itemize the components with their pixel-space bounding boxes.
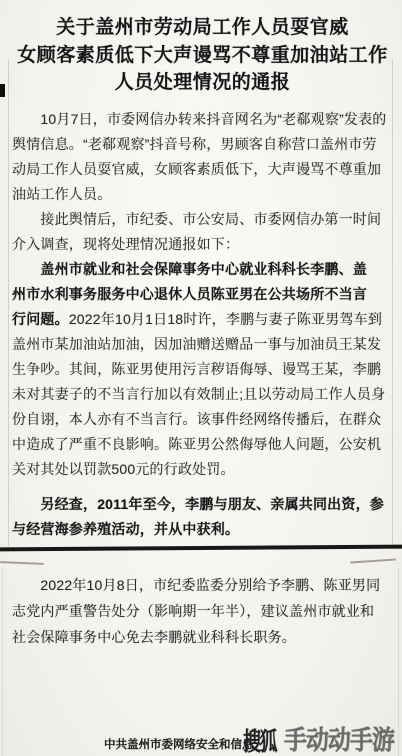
page2-edge-left bbox=[2, 568, 3, 756]
page-edge-left bbox=[8, 60, 9, 546]
paragraph-5: 2022年10月8日，市纪委监委分别给予李鹏、陈亚男同 志党内严重警告处分（影响… bbox=[12, 572, 380, 650]
notice-page-1: 关于盖州市劳动局工作人员耍官威 女顾客素质低下大声谩骂不尊重加油站工作 人员处理… bbox=[12, 12, 393, 542]
paragraph-3: 盖州市就业和社会保障事务中心就业科科长李鹏、盖 州市水利事务服务中心退休人员陈亚… bbox=[12, 257, 393, 482]
paragraph-2: 接此舆情后，市纪委、市公安局、市委网信办第一时间 介入调查，现将处理情况通报如下… bbox=[12, 207, 393, 257]
page-break-line bbox=[0, 545, 402, 552]
title-line-2: 女顾客素质低下大声谩骂不尊重加油站工作 bbox=[17, 45, 388, 66]
title-line-3: 人员处理情况的通报 bbox=[115, 72, 291, 93]
title-line-1: 关于盖州市劳动局工作人员耍官威 bbox=[56, 17, 349, 38]
page2-top-edge-right bbox=[350, 558, 396, 563]
notice-document-photo: 关于盖州市劳动局工作人员耍官威 女顾客素质低下大声谩骂不尊重加油站工作 人员处理… bbox=[0, 0, 402, 756]
issuer-signature: 中共盖州市委网络安全和信息 bbox=[104, 736, 254, 752]
page2-top-edge-left bbox=[0, 561, 44, 565]
notice-title: 关于盖州市劳动局工作人员耍官威 女顾客素质低下大声谩骂不尊重加油站工作 人员处理… bbox=[12, 14, 393, 97]
sohu-watermark: 搜狐 bbox=[243, 722, 276, 756]
paragraph-3-details: 2022年10月1日18时许，李鹏与妻子陈亚男驾车到 盖州市某加油站加油，因加油… bbox=[12, 311, 385, 477]
paragraph-4: 另经查，2011年至今，李鹏与朋友、亲属共同出资，参 与经营海参养殖活动，并从中… bbox=[12, 492, 393, 542]
scan-artifact-mark bbox=[0, 84, 5, 97]
game-site-watermark: 手动动手游 bbox=[284, 720, 394, 756]
page2-edge-right bbox=[398, 568, 399, 756]
paragraph-1: 10月7日，市委网信办转来抖音网名为“老郗观察”发表的 舆情信息。“老郗观察”抖… bbox=[12, 107, 393, 207]
